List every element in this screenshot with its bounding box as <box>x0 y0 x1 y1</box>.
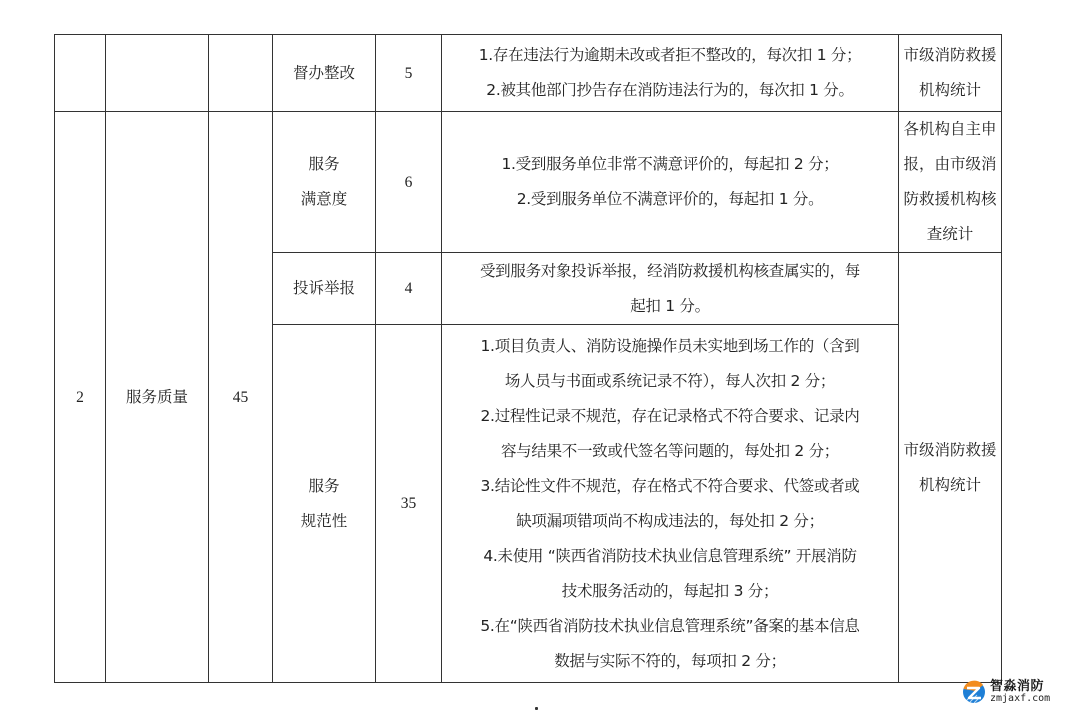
criteria-line: 受到服务对象投诉举报，经消防救援机构核查属实的，每 <box>442 254 898 289</box>
item-cell: 服务 规范性 <box>273 325 376 683</box>
source-line: 机构统计 <box>899 468 1001 503</box>
item-cell: 服务 满意度 <box>273 112 376 253</box>
item-score-cell: 6 <box>376 112 442 253</box>
criteria-line: 1.存在违法行为逾期未改或者拒不整改的，每次扣 1 分； <box>442 38 898 73</box>
source-line: 市级消防救援 <box>899 38 1001 73</box>
source-line: 市级消防救援 <box>899 433 1001 468</box>
watermark-url: zmjaxf.com <box>990 694 1050 704</box>
source-line: 报，由市级消 <box>899 147 1001 182</box>
criteria-line: 2.受到服务单位不满意评价的，每起扣 1 分。 <box>442 182 898 217</box>
criteria-cell: 1.受到服务单位非常不满意评价的，每起扣 2 分； 2.受到服务单位不满意评价的… <box>442 112 899 253</box>
criteria-line: 3.结论性文件不规范，存在格式不符合要求、代签或者或 <box>442 469 898 504</box>
source-cell: 市级消防救援 机构统计 <box>899 35 1002 112</box>
criteria-line: 4.未使用 “陕西省消防技术执业信息管理系统” 开展消防 <box>442 539 898 574</box>
index-cell <box>55 35 106 112</box>
criteria-cell: 受到服务对象投诉举报，经消防救援机构核查属实的，每 起扣 1 分。 <box>442 253 899 325</box>
category-cell <box>106 35 209 112</box>
item-score-cell: 4 <box>376 253 442 325</box>
category-score-cell <box>209 35 273 112</box>
criteria-line: 缺项漏项错项尚不构成违法的，每处扣 2 分； <box>442 504 898 539</box>
criteria-cell: 1.存在违法行为逾期未改或者拒不整改的，每次扣 1 分； 2.被其他部门抄告存在… <box>442 35 899 112</box>
criteria-line: 起扣 1 分。 <box>442 289 898 324</box>
source-line: 机构统计 <box>899 73 1001 108</box>
brand-logo-icon <box>962 680 986 704</box>
source-cell: 市级消防救援 机构统计 <box>899 253 1002 683</box>
criteria-line: 数据与实际不符的，每项扣 2 分； <box>442 644 898 679</box>
criteria-line: 场人员与书面或系统记录不符），每人次扣 2 分； <box>442 364 898 399</box>
source-line: 各机构自主申 <box>899 112 1001 147</box>
item-cell: 督办整改 <box>273 35 376 112</box>
criteria-line: 5.在“陕西省消防技术执业信息管理系统”备案的基本信息 <box>442 609 898 644</box>
criteria-line: 容与结果不一致或代签名等问题的，每处扣 2 分； <box>442 434 898 469</box>
watermark: 智淼消防 zmjaxf.com <box>962 680 1050 704</box>
source-cell: 各机构自主申 报，由市级消 防救援机构核 查统计 <box>899 112 1002 253</box>
criteria-line: 2.过程性记录不规范，存在记录格式不符合要求、记录内 <box>442 399 898 434</box>
item-score-cell: 35 <box>376 325 442 683</box>
page-mark <box>535 707 538 710</box>
scoring-table: 督办整改 5 1.存在违法行为逾期未改或者拒不整改的，每次扣 1 分； 2.被其… <box>54 34 1002 683</box>
item-score-cell: 5 <box>376 35 442 112</box>
criteria-line: 2.被其他部门抄告存在消防违法行为的，每次扣 1 分。 <box>442 73 898 108</box>
table-row: 督办整改 5 1.存在违法行为逾期未改或者拒不整改的，每次扣 1 分； 2.被其… <box>55 35 1002 112</box>
source-line: 查统计 <box>899 217 1001 252</box>
source-line: 防救援机构核 <box>899 182 1001 217</box>
criteria-line: 技术服务活动的，每起扣 3 分； <box>442 574 898 609</box>
item-line: 服务 <box>273 469 375 504</box>
criteria-line: 1.受到服务单位非常不满意评价的，每起扣 2 分； <box>442 147 898 182</box>
table-row: 2 服务质量 45 服务 满意度 6 1.受到服务单位非常不满意评价的，每起扣 … <box>55 112 1002 253</box>
criteria-line: 1.项目负责人、消防设施操作员未实地到场工作的（含到 <box>442 329 898 364</box>
watermark-name: 智淼消防 <box>990 680 1050 693</box>
item-line: 服务 <box>273 147 375 182</box>
criteria-cell: 1.项目负责人、消防设施操作员未实地到场工作的（含到 场人员与书面或系统记录不符… <box>442 325 899 683</box>
item-line: 满意度 <box>273 182 375 217</box>
index-cell: 2 <box>55 112 106 683</box>
category-score-cell: 45 <box>209 112 273 683</box>
item-line: 规范性 <box>273 504 375 539</box>
item-cell: 投诉举报 <box>273 253 376 325</box>
category-cell: 服务质量 <box>106 112 209 683</box>
